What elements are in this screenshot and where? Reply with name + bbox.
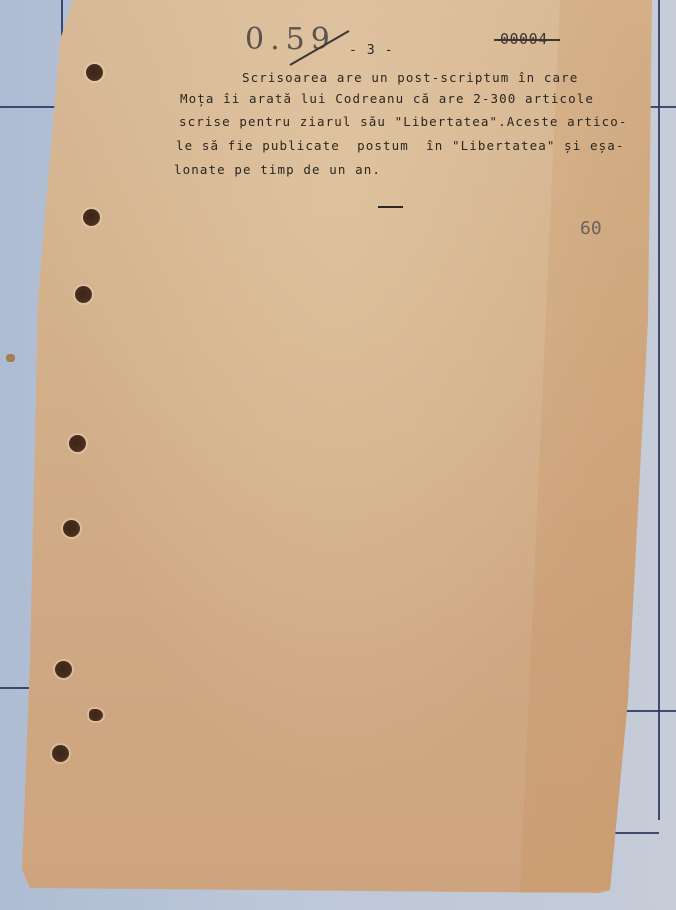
body-line: le să fie publicate postum în "Libertate… (176, 140, 625, 153)
body-line: Moța îi arată lui Codreanu că are 2-300 … (180, 93, 594, 106)
grid-line (648, 106, 676, 108)
grid-line (658, 0, 660, 820)
body-line: scrise pentru ziarul său "Libertatea".Ac… (179, 116, 628, 129)
end-mark (378, 206, 403, 208)
punch-hole (55, 661, 72, 678)
paper-scrap (6, 354, 15, 362)
punch-hole (89, 709, 103, 721)
handwritten-number: 0.59 (245, 22, 336, 57)
page-number: - 3 - (349, 44, 394, 57)
grid-line (0, 687, 30, 689)
body-line: lonate pe timp de un an. (174, 164, 381, 177)
punch-hole (63, 520, 80, 537)
punch-hole (52, 745, 69, 762)
punch-hole (86, 64, 103, 81)
body-line: Scrisoarea are un post-scriptum în care (242, 72, 578, 85)
punch-hole (75, 286, 92, 303)
grid-line (609, 832, 659, 834)
folio-number: 60 (580, 218, 602, 239)
grid-line (0, 106, 62, 108)
punch-hole (83, 209, 100, 226)
punch-hole (69, 435, 86, 452)
strikethrough (494, 39, 560, 41)
